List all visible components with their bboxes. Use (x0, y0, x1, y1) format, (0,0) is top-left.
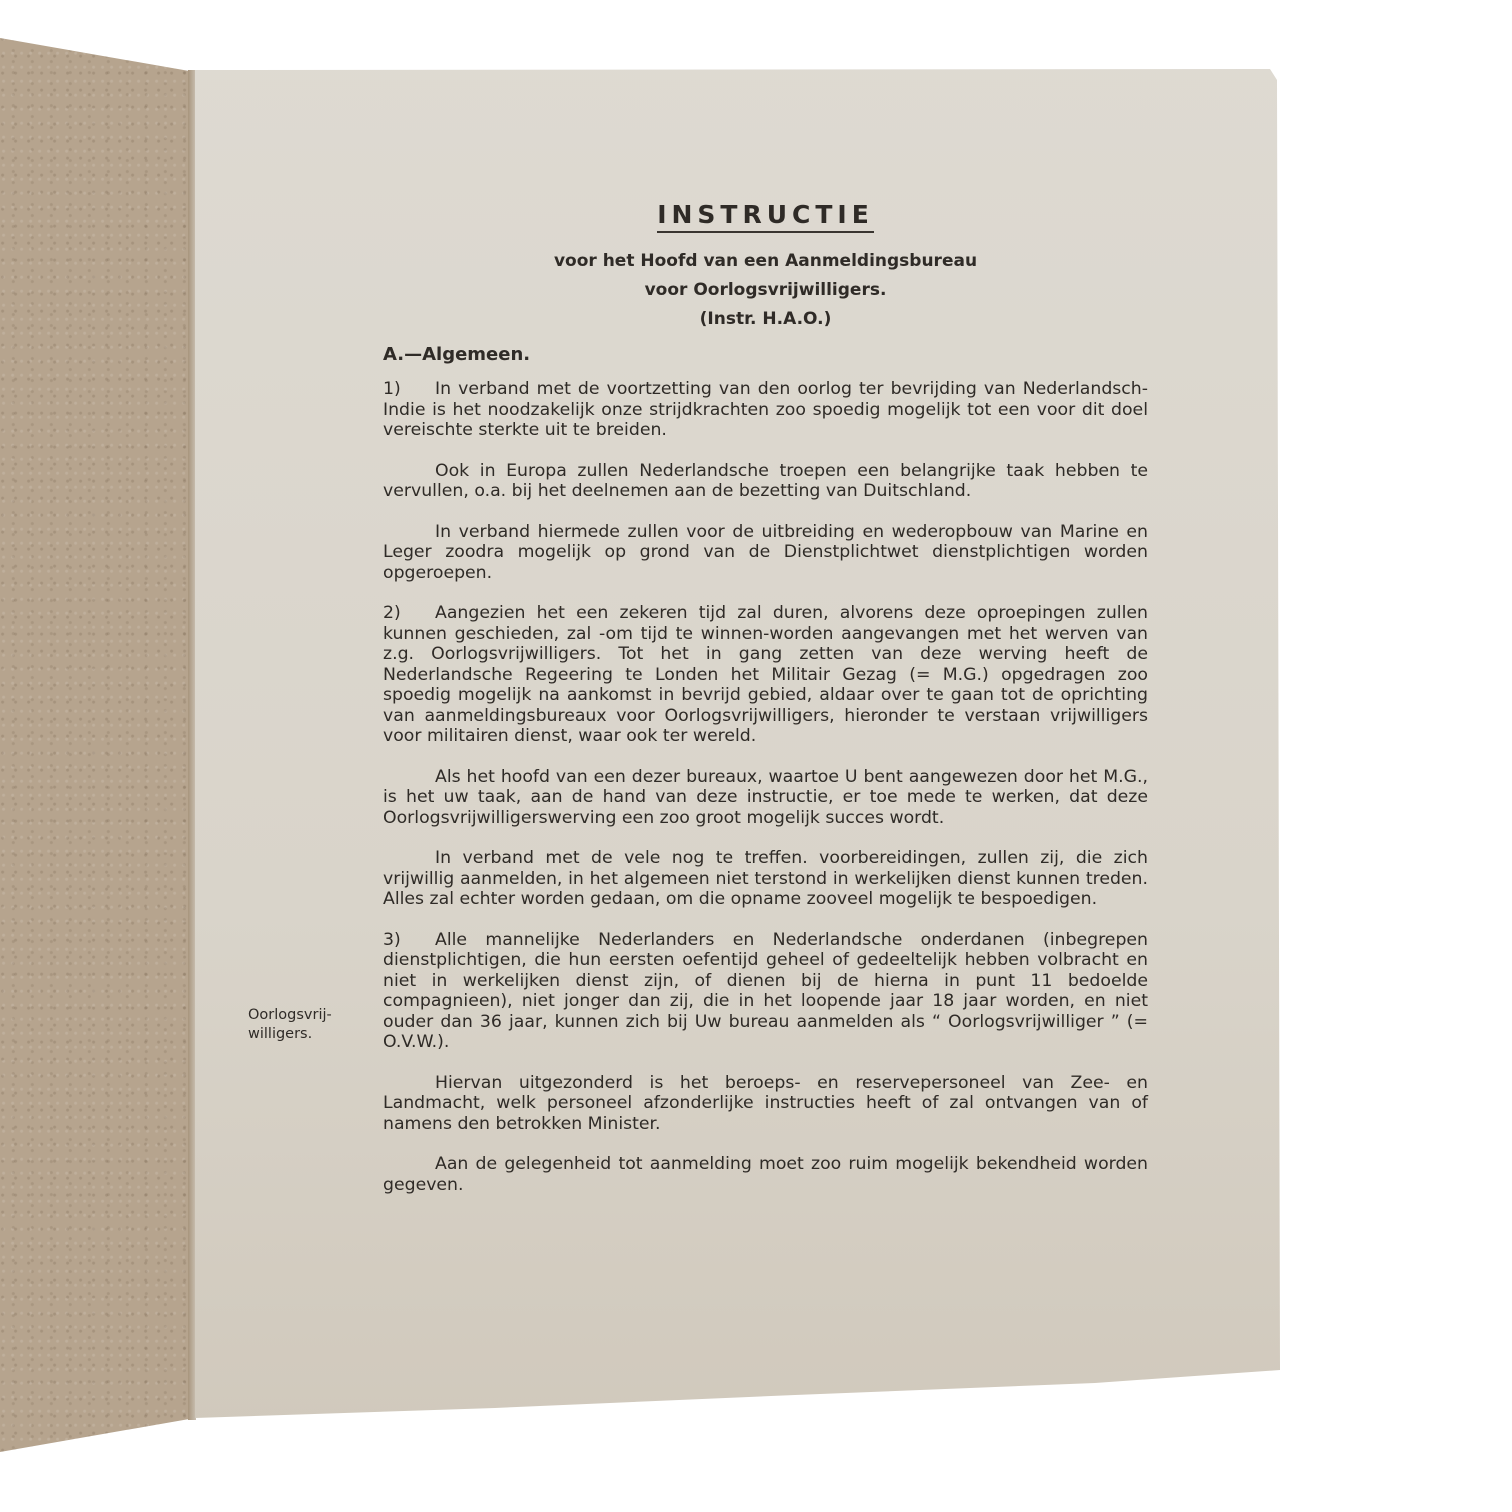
paragraph: 3)Alle mannelijke Nederlanders en Nederl… (383, 930, 1148, 1053)
subtitle-line: (Instr. H.A.O.) (383, 305, 1148, 334)
paragraph-number: 3) (383, 930, 435, 951)
document-title: INSTRUCTIE (383, 200, 1148, 233)
booklet-cover (0, 0, 200, 1512)
section-heading: A.—Algemeen. (383, 344, 1148, 365)
document-subtitle: voor het Hoofd van een Aanmeldingsbureau… (383, 247, 1148, 334)
paragraph-number: 1) (383, 379, 435, 400)
paragraph: Ook in Europa zullen Nederlandsche troep… (383, 461, 1148, 502)
paragraph-number: 2) (383, 603, 435, 624)
subtitle-line: voor Oorlogsvrijwilligers. (383, 276, 1148, 305)
paragraph: In verband met de vele nog te treffen. v… (383, 848, 1148, 910)
booklet-spine (188, 70, 196, 1420)
paragraph: In verband hiermede zullen voor de uitbr… (383, 522, 1148, 584)
paragraph: 2)Aangezien het een zekeren tijd zal dur… (383, 603, 1148, 747)
paragraph: Aan de gelegenheid tot aanmelding moet z… (383, 1154, 1148, 1195)
paragraph: Als het hoofd van een dezer bureaux, waa… (383, 767, 1148, 829)
subtitle-line: voor het Hoofd van een Aanmeldingsbureau (383, 247, 1148, 276)
paragraph: Hiervan uitgezonderd is het beroeps- en … (383, 1073, 1148, 1135)
page-content: INSTRUCTIE voor het Hoofd van een Aanmel… (383, 200, 1148, 1215)
margin-note: Oorlogsvrij- willigers. (248, 1006, 332, 1044)
paragraph: 1)In verband met de voortzetting van den… (383, 379, 1148, 441)
